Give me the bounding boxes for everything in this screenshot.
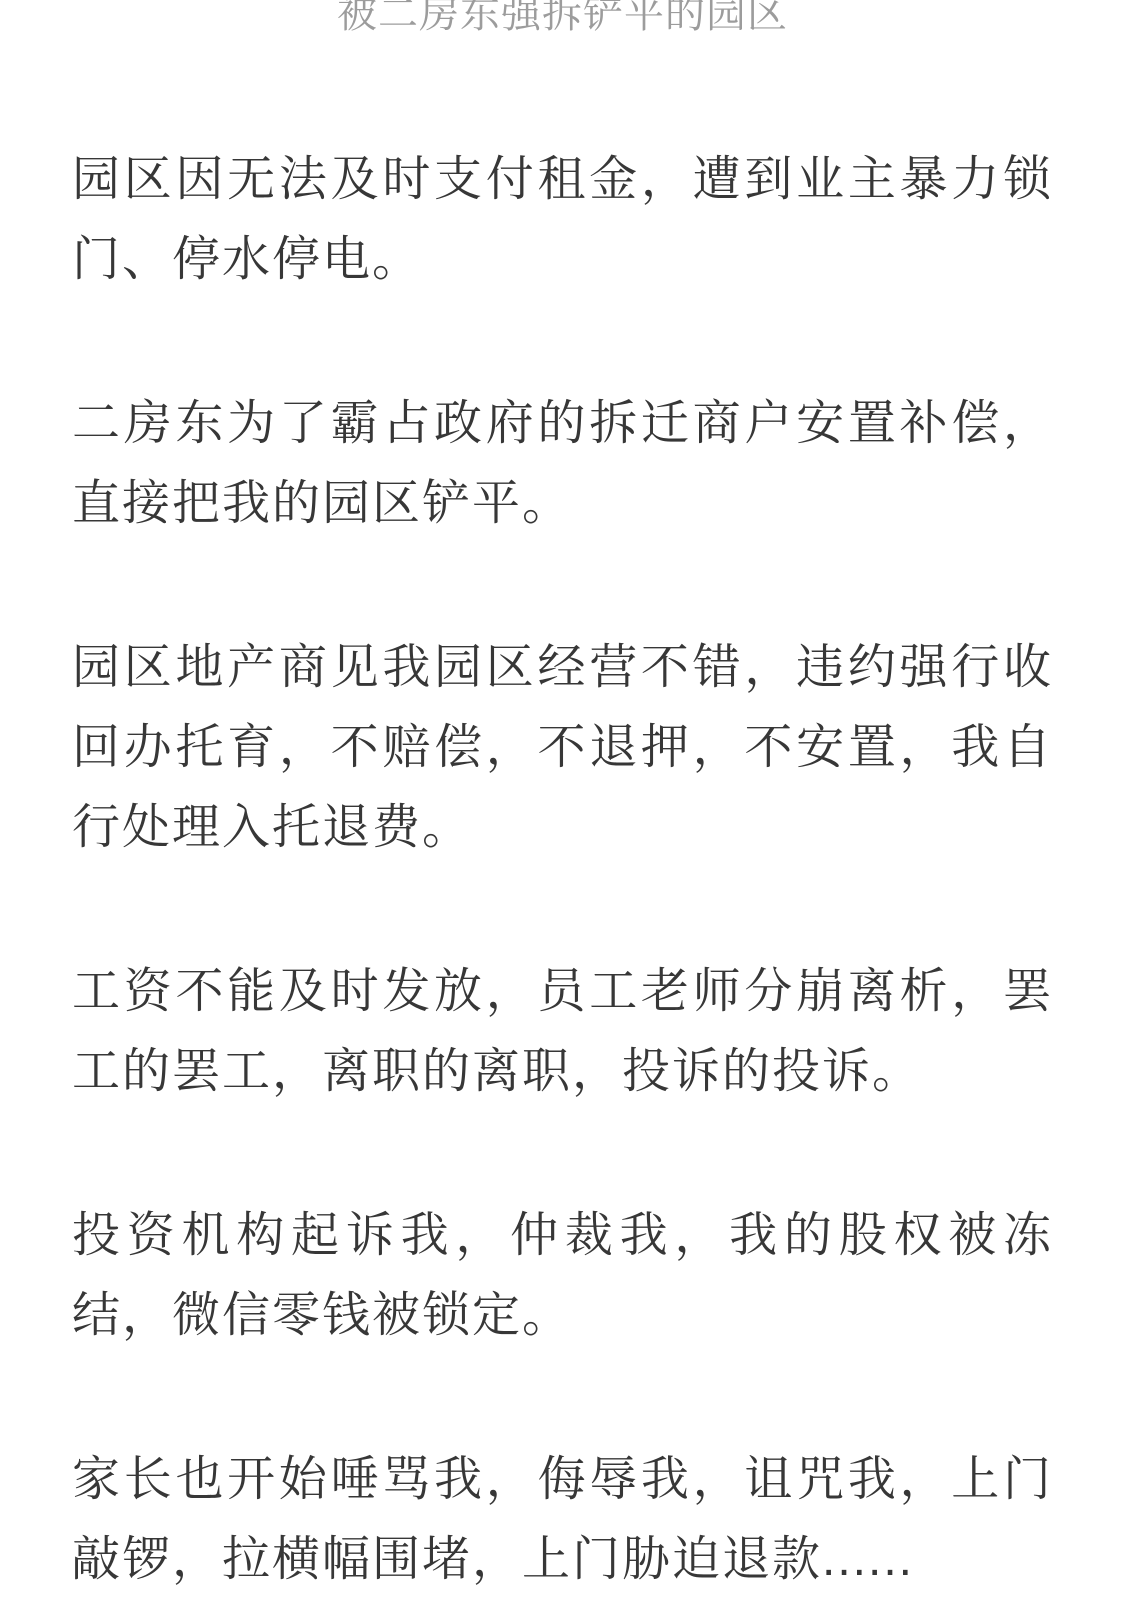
image-caption: 被二房东强拆铲平的园区 bbox=[0, 0, 1125, 36]
paragraph-line: 门、停水停电。 bbox=[72, 220, 1053, 300]
paragraph-line: 结，微信零钱被锁定。 bbox=[72, 1276, 1053, 1356]
paragraph-line: 敲锣，拉横幅围堵，上门胁迫退款...... bbox=[72, 1520, 1053, 1600]
paragraph-line: 直接把我的园区铲平。 bbox=[72, 464, 1053, 544]
article-body: 园区因无法及时支付租金，遭到业主暴力锁 门、停水停电。 二房东为了霸占政府的拆迁… bbox=[0, 140, 1125, 1600]
paragraph-line: 园区地产商见我园区经营不错，违约强行收 bbox=[72, 628, 1053, 708]
paragraph: 二房东为了霸占政府的拆迁商户安置补偿， 直接把我的园区铲平。 bbox=[72, 384, 1053, 544]
paragraph: 家长也开始唾骂我，侮辱我，诅咒我，上门 敲锣，拉横幅围堵，上门胁迫退款.....… bbox=[72, 1440, 1053, 1600]
paragraph-line: 工资不能及时发放，员工老师分崩离析，罢 bbox=[72, 952, 1053, 1032]
paragraph-line: 家长也开始唾骂我，侮辱我，诅咒我，上门 bbox=[72, 1440, 1053, 1520]
paragraph-line: 行处理入托退费。 bbox=[72, 788, 1053, 868]
paragraph: 园区因无法及时支付租金，遭到业主暴力锁 门、停水停电。 bbox=[72, 140, 1053, 300]
article-page: { "page": { "background_color": "#ffffff… bbox=[0, 0, 1125, 1613]
paragraph-line: 回办托育，不赔偿，不退押，不安置，我自 bbox=[72, 708, 1053, 788]
paragraph-line: 二房东为了霸占政府的拆迁商户安置补偿， bbox=[72, 384, 1053, 464]
paragraph-line: 投资机构起诉我，仲裁我，我的股权被冻 bbox=[72, 1196, 1053, 1276]
paragraph-line: 园区因无法及时支付租金，遭到业主暴力锁 bbox=[72, 140, 1053, 220]
paragraph: 投资机构起诉我，仲裁我，我的股权被冻 结，微信零钱被锁定。 bbox=[72, 1196, 1053, 1356]
paragraph: 工资不能及时发放，员工老师分崩离析，罢 工的罢工，离职的离职，投诉的投诉。 bbox=[72, 952, 1053, 1112]
paragraph-line: 工的罢工，离职的离职，投诉的投诉。 bbox=[72, 1032, 1053, 1112]
paragraph: 园区地产商见我园区经营不错，违约强行收 回办托育，不赔偿，不退押，不安置，我自 … bbox=[72, 628, 1053, 868]
